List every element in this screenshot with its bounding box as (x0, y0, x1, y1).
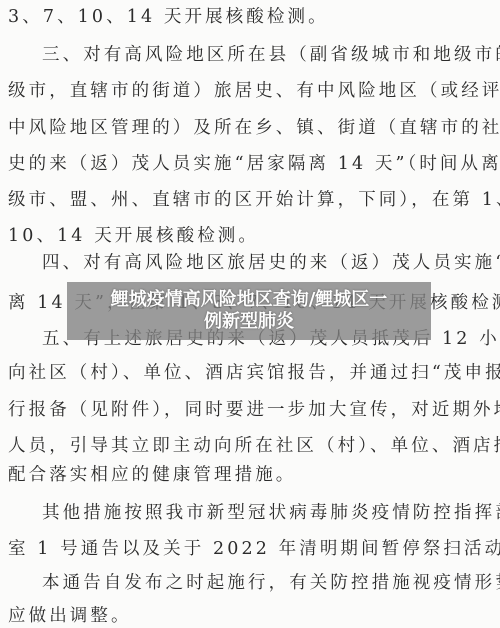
doc-paragraph-4-start: 四、对有高风险地区旅居史的来（返）茂人员实施“集中隔 (42, 252, 492, 274)
doc-line: 级市、盟、州、直辖市的区开始计算，下同），在第 1、3、7、 (8, 189, 492, 211)
overlay-title-line-2: 例新型肺炎 (204, 311, 294, 333)
doc-line: 级市，直辖市的街道）旅居史、有中风险地区（或经评估需参照 (8, 80, 492, 102)
doc-line: 向社区（村）、单位、酒店宾馆报告，并通过扫“茂申报码”进 (8, 362, 492, 384)
doc-line: 中风险地区管理的）及所在乡、镇、街道（直辖市的社区）旅居 (8, 117, 492, 139)
title-overlay-banner: 鲤城疫情高风险地区查询/鲤城区一 例新型肺炎 (67, 282, 431, 340)
doc-paragraph-effective: 本通告自发布之时起施行，有关防控措施视疫情形势变化相 (42, 572, 492, 594)
doc-line: 史的来（返）茂人员实施“居家隔离 14 天”（时间从离开所在地 (8, 153, 492, 175)
doc-paragraph-other-measures: 其他措施按照我市新型冠状病毒肺炎疫情防控指挥部办公 (42, 502, 492, 524)
doc-line: 行报备（见附件），同时要进一步加大宣传，对近期外地已抵茂 (8, 399, 492, 421)
doc-line: 配合落实相应的健康管理措施。 (8, 464, 492, 486)
overlay-title-line-1: 鲤城疫情高风险地区查询/鲤城区一 (111, 289, 388, 311)
doc-paragraph-3-start: 三、对有高风险地区所在县（副省级城市和地级市的区、县 (42, 44, 492, 66)
doc-line: 应做出调整。 (8, 605, 492, 627)
doc-line: 人员，引导其立即主动向所在社区（村）、单位、酒店报备，并 (8, 435, 492, 457)
doc-line: 3、7、10、14 天开展核酸检测。 (8, 6, 492, 28)
doc-line: 10、14 天开展核酸检测。 (8, 225, 492, 247)
doc-line: 室 1 号通告以及关于 2022 年清明期间暂停祭扫活动的通告执行。 (8, 538, 492, 560)
